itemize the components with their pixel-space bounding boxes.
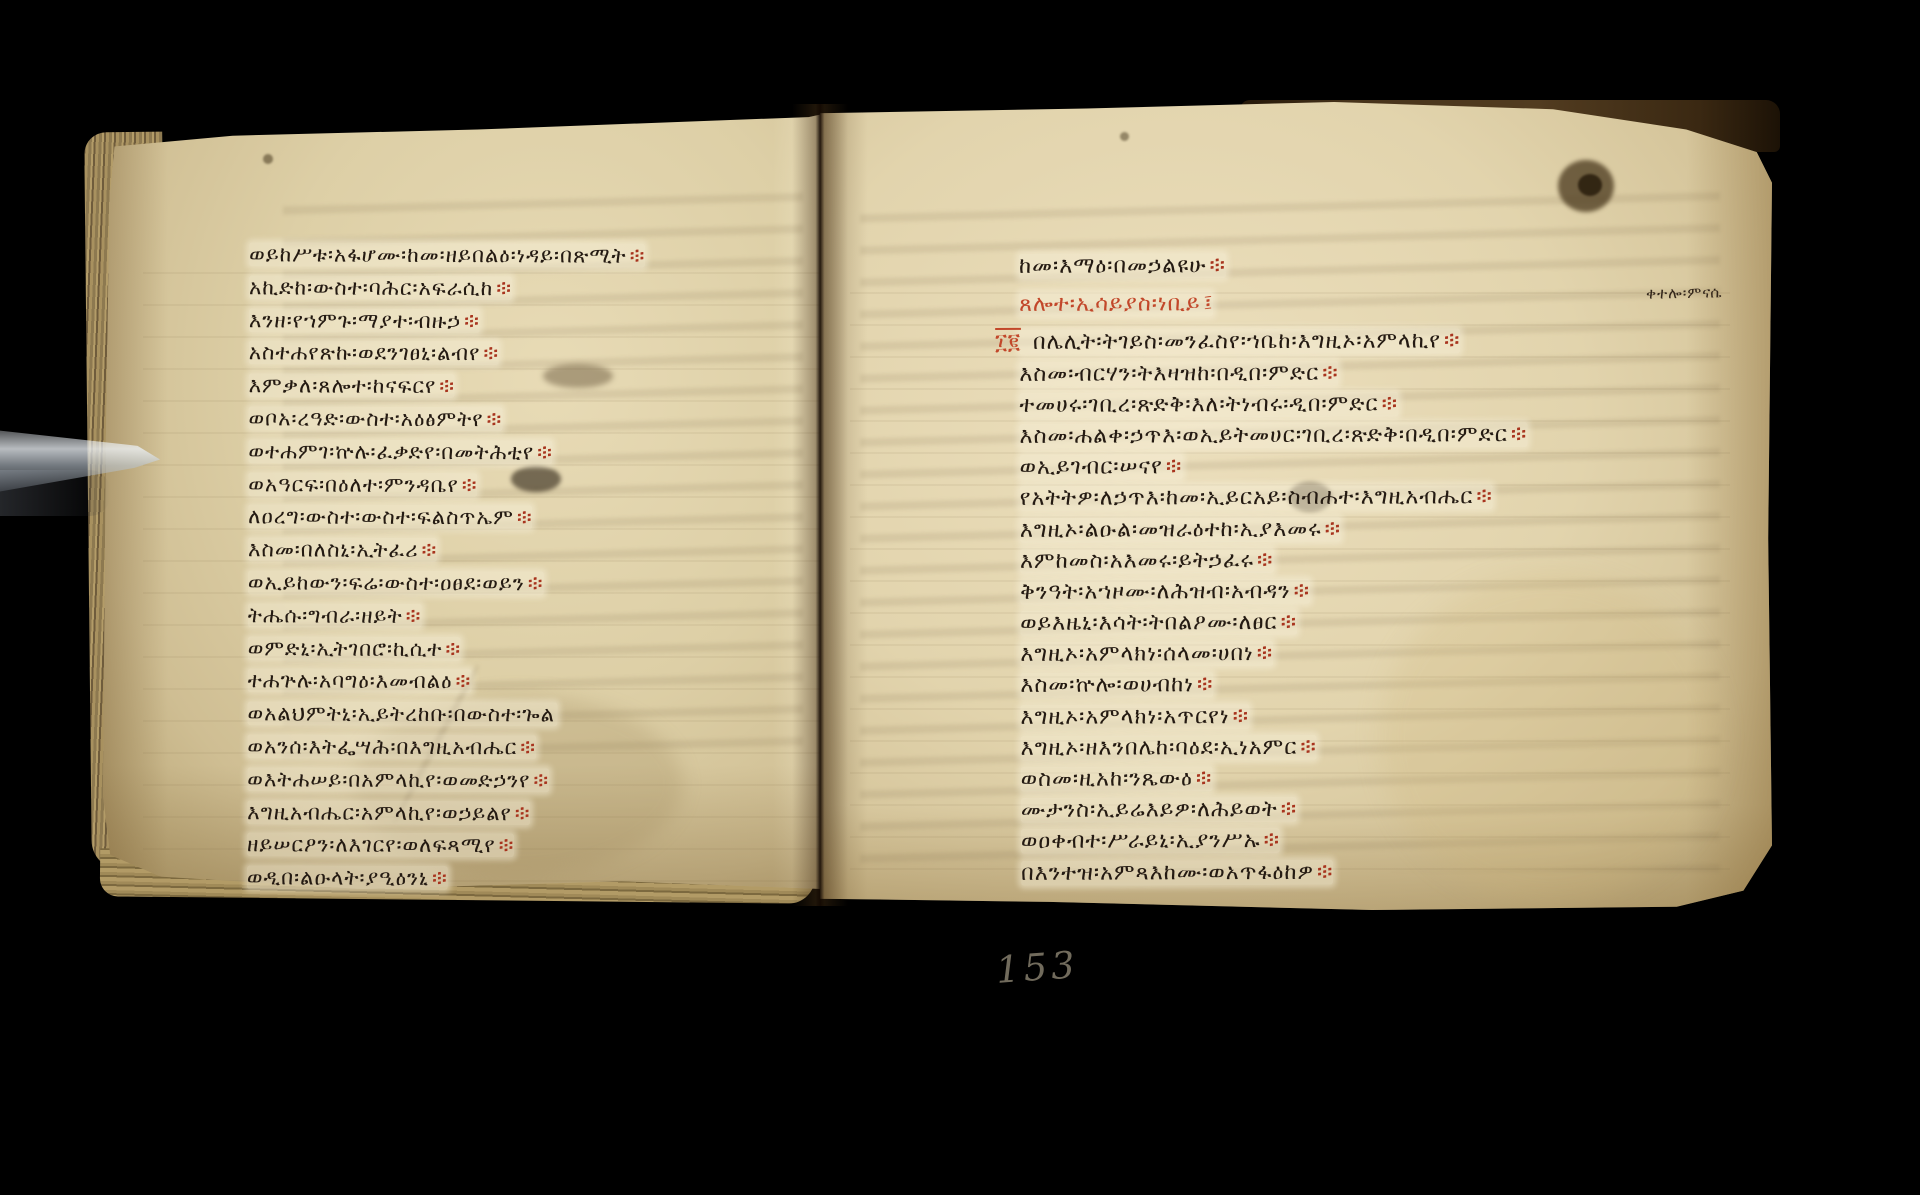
paragraph-mark: ፨	[520, 735, 536, 759]
right-page-text: ከመ፡እማዕ፡በመኃልዩሁ፨ ጸሎተ፡ኢሳይያስ፡ነቢይ፤ ፲፪በሌሊት፡ትገይ…	[1019, 249, 1529, 889]
manuscript-line: ወምድኒ፡ኢትገበሮ፡ኪሲተ፨	[248, 632, 644, 666]
paragraph-mark: ፨	[1196, 766, 1213, 791]
margin-note: ቀተሎ፡ምናሴ	[1646, 283, 1723, 302]
manuscript-line: ተመሀሩ፡ገቢረ፡ጽድቅ፡እለ፡ትነብሩ፡ዲበ፡ምድር፨	[1019, 388, 1527, 421]
manuscript-line: ወተሐምገ፡ኵሉ፡ፈቃድየ፡በመትሕቲየ፨	[248, 435, 644, 469]
manuscript-line: ወእትሐሠይ፡በአምላኪየ፡ወመድኃንየ፨	[247, 763, 643, 797]
manuscript-line: እግዚኦ፡አምላክነ፡ሰላመ፡ሀበነ፨	[1020, 637, 1528, 670]
manuscript-line: ወኢይገብር፡ሠናየ፨	[1020, 450, 1528, 483]
chapter-numeral: ፲፪	[995, 330, 1021, 355]
manuscript-line: ወአንሰ፡እትፌሣሕ፡በእግዚአብሔር፨	[247, 730, 643, 764]
paragraph-mark: ፨	[1476, 485, 1493, 510]
manuscript-line: ወቦአ፡ረዓድ፡ውስተ፡አዕፅምትየ፨	[248, 402, 644, 436]
paragraph-mark: ፨	[1325, 516, 1342, 541]
paragraph-mark: ፨	[1300, 735, 1317, 760]
manuscript-line: ቅንዓት፡አኀዞሙ፡ለሕዝብ፡አብዳን፨	[1020, 575, 1528, 608]
paragraph-mark: ፨	[462, 473, 478, 497]
manuscript-line: ፲፪በሌሊት፡ትገይስ፡መንፈስየ፡ኀቤከ፡እግዚኦ፡አምላኪየ፨	[1019, 325, 1527, 358]
paragraph-mark: ፨	[1511, 422, 1528, 447]
paragraph-mark: ፨	[630, 244, 646, 268]
manuscript-line: እግዚኦ፡ልዑል፡መዝራዕተከ፡ኢያእመሩ፨	[1020, 513, 1528, 546]
manuscript-line: ወይከሥቱ፡አፋሆሙ፡ከመ፡ዘይበልዕ፡ነዳይ፡በጽሚት፨	[249, 238, 645, 272]
manuscript-line: ወአዓርፍ፡በዕለተ፡ምንዳቤየ፨	[248, 468, 644, 502]
paragraph-mark: ፨	[1257, 548, 1274, 573]
paragraph-mark: ፨	[1209, 253, 1226, 278]
gutter-shadow	[792, 104, 848, 906]
paragraph-mark: ፨	[515, 801, 531, 825]
paragraph-mark: ፨	[464, 309, 480, 333]
paragraph-mark: ፨	[1257, 641, 1274, 666]
paragraph-mark: ፨	[537, 440, 553, 464]
manuscript-line: እስመ፡ብርሃን፡ትእዛዝከ፡በዲበ፡ምድር፨	[1019, 357, 1527, 390]
manuscript-line: ወኢይከውን፡ፍሬ፡ውስተ፡ዐፀደ፡ወይን፨	[248, 566, 644, 600]
manuscript-line: እምቃለ፡ጸሎተ፡ከናፍርየ፨	[249, 369, 645, 403]
paragraph-mark: ፨	[1281, 797, 1298, 822]
manuscript-line: ከመ፡እማዕ፡በመኃልዩሁ፨	[1019, 249, 1527, 282]
paragraph-mark: ፨	[445, 637, 461, 661]
manuscript-line: ወዐቀብተ፡ሥራይኒ፡ኢያንሥኡ፨	[1021, 824, 1529, 857]
paragraph-mark: ፨	[1197, 673, 1214, 698]
rubric-heading: ጸሎተ፡ኢሳይያስ፡ነቢይ፤	[1019, 287, 1527, 320]
paragraph-mark: ፨	[486, 407, 502, 431]
paragraph-mark: ፨	[432, 866, 448, 890]
paragraph-mark: ፨	[1322, 360, 1339, 385]
dark-blot-core	[1578, 174, 1602, 196]
paragraph-mark: ፨	[422, 538, 438, 562]
pencil-page-number: 153	[995, 943, 1080, 992]
speck	[1120, 132, 1129, 141]
paragraph-mark: ፨	[533, 768, 549, 792]
manuscript-line: እግዚአብሔር፡አምላኪየ፡ወኃይልየ፨	[247, 796, 643, 830]
manuscript-line: ወዲበ፡ልዑላት፡ያዒዕንኒ፨	[247, 861, 643, 895]
paragraph-mark: ፨	[1264, 828, 1281, 853]
paragraph-mark: ፨	[483, 342, 499, 366]
manuscript-line: ትሔሱ፡ግብራ፡ዘይት፨	[248, 599, 644, 633]
manuscript-line: ተሐጕሉ፡አባግዕ፡እመብልዕ፨	[248, 665, 644, 699]
paragraph-mark: ፨	[1382, 391, 1399, 416]
manuscript-line: ለዐረግ፡ውስተ፡ውስተ፡ፍልስጥኤም፨	[248, 501, 644, 535]
left-page-text: ወይከሥቱ፡አፋሆሙ፡ከመ፡ዘይበልዕ፡ነዳይ፡በጽሚት፨ አኪድከ፡ውስተ፡ባ…	[247, 238, 646, 895]
speck	[263, 154, 273, 164]
paragraph-mark: ፨	[406, 604, 422, 628]
manuscript-line: ወይእዜኒ፡እሳት፡ትበልዖሙ፡ለፀር፨	[1020, 606, 1528, 639]
manuscript-line: በእንተዝ፡አምጻእከሙ፡ወአጥፋዕከዎ፨	[1021, 856, 1529, 889]
paragraph-mark: ፨	[1281, 610, 1298, 635]
manuscript-line: እስመ፡ኵሎ፡ወሀብከነ፨	[1020, 669, 1528, 702]
manuscript-line: ሙታንስ፡ኢይሬእይዎ፡ለሕይወት፨	[1021, 793, 1529, 826]
manuscript-line: አኪድከ፡ውስተ፡ባሕር፡አፍራሲከ፨	[249, 271, 645, 305]
paragraph-mark: ፨	[1294, 579, 1311, 604]
manuscript-line: አስተሐየጽኩ፡ወደንገፀኒ፡ልብየ፨	[249, 337, 645, 371]
paragraph-mark: ፨	[528, 571, 544, 595]
paragraph-mark: ፨	[1233, 704, 1250, 729]
paragraph-mark: ፨	[499, 834, 515, 858]
manuscript-line: ወስመ፡ዚአከ፡ንጼውዕ፨	[1021, 762, 1529, 795]
manuscript-line: እምከመስ፡አእመሩ፡ይትኃፈሩ፨	[1020, 544, 1528, 577]
manuscript-line: እግዚኦ፡አምላክነ፡አጥርየነ፨	[1020, 700, 1528, 733]
paragraph-mark: ፨	[517, 506, 533, 530]
paragraph-mark: ፨	[1444, 329, 1461, 354]
manuscript-line: እንዘ፡የኀምጉ፡ማያተ፡ብዙኃ፨	[249, 304, 645, 338]
manuscript-line: እስመ፡ሐልቀ፡ኃጥእ፡ወኢይትመሀር፡ገቢረ፡ጽድቅ፡በዲበ፡ምድር፨	[1019, 419, 1527, 452]
manuscript-line: የአትትዎ፡ለኃጥእ፡ከመ፡ኢይርአይ፡ስብሐተ፡እግዚአብሔር፨	[1020, 481, 1528, 514]
paragraph-mark: ፨	[439, 374, 455, 398]
manuscript-line: ወአልህምትኒ፡ኢይትረከቡ፡በውስተ፡ጐል	[247, 697, 643, 731]
manuscript-line: እግዚኦ፡ዘእንበሌከ፡ባዕደ፡ኢነአምር፨	[1021, 731, 1529, 764]
paragraph-mark: ፨	[496, 276, 512, 300]
paragraph-mark: ፨	[1317, 859, 1334, 884]
paragraph-mark: ፨	[1166, 454, 1183, 479]
rubric-mark: ፤	[1203, 291, 1213, 316]
manuscript-line: እስመ፡በለስኒ፡ኢትፈሪ፨	[248, 533, 644, 567]
manuscript-photo: ወይከሥቱ፡አፋሆሙ፡ከመ፡ዘይበልዕ፡ነዳይ፡በጽሚት፨ አኪድከ፡ውስተ፡ባ…	[0, 0, 1920, 1195]
paragraph-mark: ፨	[455, 669, 471, 693]
manuscript-line: ዘይሠርዖን፡ለእገርየ፡ወለፍጻሚየ፨	[247, 829, 643, 863]
